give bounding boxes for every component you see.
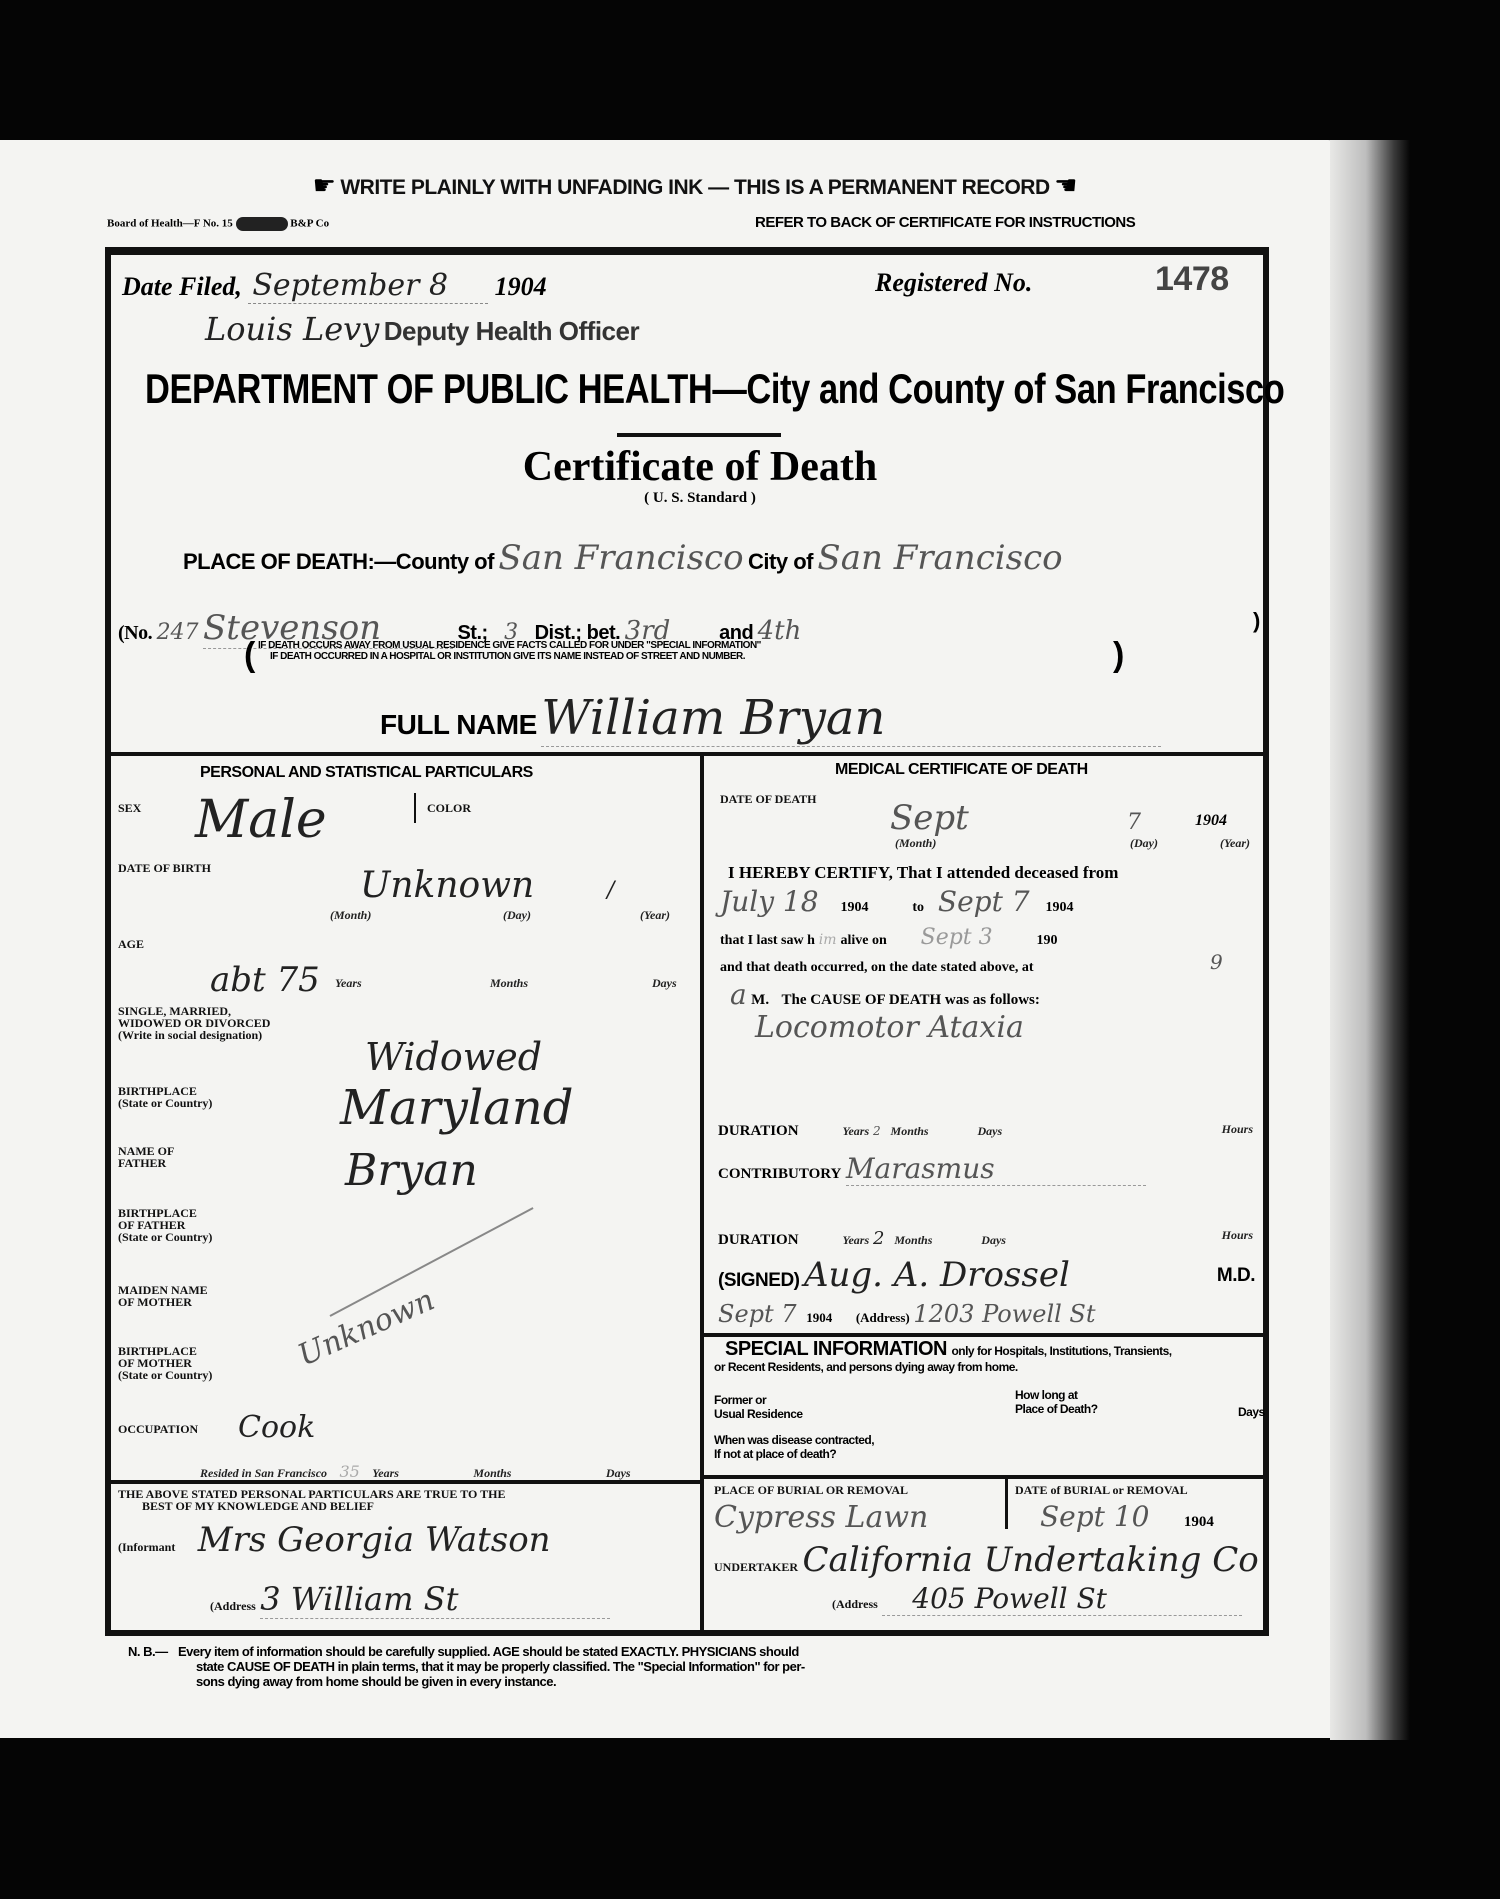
m-label: M. — [751, 992, 769, 1008]
informant-address-label: (Address — [210, 1599, 256, 1613]
title-divider — [617, 433, 781, 437]
burial-date-label: DATE of BURIAL or REMOVAL — [1015, 1484, 1188, 1496]
mother-birthplace-label: BIRTHPLACE OF MOTHER (State or Country) — [118, 1345, 212, 1381]
mother-label-line-2: OF MOTHER — [118, 1296, 208, 1308]
age-value: abt 75 — [210, 960, 320, 1000]
special-heading-row: SPECIAL INFORMATION only for Hospitals, … — [725, 1338, 1172, 1361]
informant-row: (Informant Mrs Georgia Watson — [118, 1520, 551, 1560]
special-note-2: or Recent Residents, and persons dying a… — [714, 1360, 1018, 1374]
residence-note: ( IF DEATH OCCURS AWAY FROM USUAL RESIDE… — [258, 640, 761, 662]
attended-to: Sept 7 — [938, 885, 1030, 918]
birthplace-value: Maryland — [340, 1080, 573, 1136]
duration-1-label: DURATION — [718, 1123, 799, 1139]
printer-text: B&P Co — [290, 218, 329, 230]
registered-number: 1478 — [1155, 260, 1229, 299]
bracket-left: ( — [244, 636, 255, 675]
special-heading: SPECIAL INFORMATION — [725, 1338, 947, 1360]
full-name-row: FULL NAME William Bryan — [380, 690, 1161, 747]
burial-place: Cypress Lawn — [714, 1500, 928, 1535]
age-years-label: Years — [335, 976, 362, 991]
informant-address: 3 William St — [260, 1580, 610, 1619]
age-label: AGE — [118, 938, 144, 950]
father-value: Bryan — [345, 1145, 478, 1196]
alive-on-label: alive on — [840, 933, 886, 948]
union-label-icon — [236, 217, 288, 231]
city-label: City of — [748, 549, 813, 574]
informant-statement: THE ABOVE STATED PERSONAL PARTICULARS AR… — [118, 1488, 505, 1512]
marital-label: SINGLE, MARRIED, WIDOWED OR DIVORCED (Wr… — [118, 1005, 270, 1041]
last-saw-label: that I last saw h — [720, 933, 815, 948]
certificate-title: Certificate of Death — [400, 443, 1000, 491]
duration-2-hours-label: Hours — [1222, 1228, 1253, 1243]
duration-1-years-label: Years — [842, 1124, 869, 1138]
occurred-text: and that death occurred, on the date sta… — [720, 960, 1034, 976]
close-paren: ) — [1253, 608, 1260, 634]
contributory-value: Marasmus — [846, 1152, 1146, 1186]
duration-2-months-label: Months — [894, 1233, 932, 1247]
personal-heading: PERSONAL AND STATISTICAL PARTICULARS — [200, 764, 533, 782]
nb-line-3: sons dying away from home should be give… — [128, 1674, 1188, 1689]
resided-years-value: 35 — [331, 1462, 367, 1481]
mother-label: MAIDEN NAME OF MOTHER — [118, 1284, 208, 1308]
dod-month-label: (Month) — [895, 836, 936, 851]
physician-address: 1203 Powell St — [913, 1300, 1095, 1328]
dob-day-label: (Day) — [503, 908, 531, 923]
color-divider — [414, 793, 416, 823]
county-value: San Francisco — [498, 538, 743, 578]
last-saw-row: that I last saw h im alive on Sept 3 190 — [720, 925, 1058, 950]
dod-year: 1904 — [1195, 812, 1227, 830]
date-filed-row: Date Filed, September 8 1904 — [122, 268, 547, 303]
certify-text: I HEREBY CERTIFY, That I attended deceas… — [728, 863, 1118, 883]
registered-row: Registered No. — [875, 268, 1032, 298]
father-birthplace-label: BIRTHPLACE OF FATHER (State or Country) — [118, 1207, 212, 1243]
dob-label: DATE OF BIRTH — [118, 862, 211, 874]
cause-row: a M. The CAUSE OF DEATH was as follows: — [730, 978, 1040, 1011]
undertaker-address-row: (Address 405 Powell St — [832, 1582, 1242, 1616]
md-label: M.D. — [1217, 1265, 1255, 1287]
attended-row: July 18 1904 to Sept 7 1904 — [720, 885, 1073, 918]
how-long-label-1: How long at — [1015, 1388, 1098, 1402]
duration-2-row: DURATION Years 2 Months Days Hours — [718, 1228, 1263, 1249]
attended-to-year: 1904 — [1045, 900, 1073, 915]
banner-text: WRITE PLAINLY WITH UNFADING INK — THIS I… — [340, 176, 1049, 199]
department-title: DEPARTMENT OF PUBLIC HEALTH—City and Cou… — [145, 365, 1047, 413]
informant-statement-line-2: BEST OF MY KNOWLEDGE AND BELIEF — [118, 1500, 505, 1512]
burial-date: Sept 10 — [1040, 1500, 1149, 1533]
occupation-value: Cook — [238, 1410, 315, 1445]
contributory-label: CONTRIBUTORY — [718, 1166, 841, 1182]
age-months-label: Months — [490, 976, 528, 991]
informant-address-row: (Address 3 William St — [210, 1580, 610, 1619]
dod-day-label: (Day) — [1130, 836, 1158, 851]
father-bp-line-3: (State or Country) — [118, 1231, 212, 1243]
resided-row: Resided in San Francisco 35 Years Months… — [200, 1462, 631, 1482]
header-banner: ☛ WRITE PLAINLY WITH UNFADING INK — THIS… — [160, 170, 1230, 201]
dod-label: DATE OF DEATH — [720, 793, 816, 805]
father-label: NAME OF FATHER — [118, 1145, 174, 1169]
special-divider — [704, 1333, 1266, 1337]
occupation-label: OCCUPATION — [118, 1423, 198, 1435]
duration-1-months-label: Months — [891, 1124, 929, 1138]
duration-2-label: DURATION — [718, 1232, 799, 1248]
note-line-1: IF DEATH OCCURS AWAY FROM USUAL RESIDENC… — [258, 640, 761, 651]
nb-line-2: state CAUSE OF DEATH in plain terms, tha… — [128, 1659, 1188, 1674]
dob-separator: / — [607, 878, 614, 903]
instructions-note: REFER TO BACK OF CERTIFICATE FOR INSTRUC… — [755, 214, 1135, 231]
attended-from: July 18 — [720, 885, 819, 918]
contracted-label-2: If not at place of death? — [714, 1447, 874, 1461]
burial-date-row: Sept 10 1904 — [1040, 1500, 1214, 1533]
form-id-text: Board of Health—F No. 15 — [107, 218, 233, 230]
resided-label: Resided in San Francisco — [200, 1466, 327, 1480]
cause-text: The CAUSE OF DEATH was as follows: — [782, 992, 1040, 1008]
last-saw-pronoun: im — [819, 932, 837, 948]
resided-days-label: Days — [606, 1466, 631, 1480]
how-long-label-2: Place of Death? — [1015, 1402, 1098, 1416]
time-hour: 9 — [1210, 950, 1223, 974]
officer-row: Louis Levy Deputy Health Officer — [205, 310, 639, 348]
registered-label: Registered No. — [875, 268, 1032, 297]
color-label: COLOR — [427, 802, 471, 814]
dob-value: Unknown — [360, 865, 534, 906]
attended-from-year: 1904 — [840, 900, 868, 915]
standard-label: ( U. S. Standard ) — [400, 490, 1000, 507]
paper-edge-shadow — [1330, 140, 1410, 1740]
birthplace-label-line-2: (State or Country) — [118, 1097, 212, 1109]
physician-address-label: (Address) — [856, 1310, 910, 1325]
undertaker-row: UNDERTAKER California Undertaking Co — [714, 1540, 1259, 1580]
place-of-death-label: PLACE OF DEATH:—County of — [183, 549, 494, 574]
full-name-label: FULL NAME — [380, 709, 537, 740]
nb-label: N. B.— — [128, 1644, 168, 1659]
cause-value: Locomotor Ataxia — [755, 1010, 1024, 1045]
signed-year: 1904 — [806, 1310, 832, 1325]
medical-heading: MEDICAL CERTIFICATE OF DEATH — [835, 761, 1088, 779]
age-days-label: Days — [652, 976, 677, 991]
pointing-hand-icon: ☛ — [313, 170, 336, 200]
dod-year-label: (Year) — [1220, 836, 1250, 851]
between-street-2: 4th — [758, 616, 838, 646]
how-long-label: How long at Place of Death? — [1015, 1388, 1098, 1416]
bracket-right: ) — [1113, 636, 1124, 675]
date-filed-year: 1904 — [495, 272, 547, 301]
birthplace-label: BIRTHPLACE (State or Country) — [118, 1085, 212, 1109]
former-residence-label: Former or Usual Residence — [714, 1393, 803, 1421]
dob-month-label: (Month) — [330, 908, 371, 923]
last-saw-year: 190 — [1037, 933, 1058, 948]
undertaker-value: California Undertaking Co — [802, 1540, 1258, 1580]
pointing-hand-left-icon: ☚ — [1054, 170, 1077, 200]
burial-column-divider — [1005, 1479, 1008, 1529]
informant-label: (Informant — [118, 1540, 175, 1554]
signed-date: Sept 7 — [718, 1300, 797, 1328]
signed-date-row: Sept 7 1904 (Address) 1203 Powell St — [718, 1300, 1096, 1328]
dob-year-label: (Year) — [640, 908, 670, 923]
special-note-1: only for Hospitals, Institutions, Transi… — [951, 1344, 1171, 1358]
place-of-death-row: PLACE OF DEATH:—County of San Francisco … — [183, 538, 1063, 578]
undertaker-address-label: (Address — [832, 1597, 878, 1611]
duration-1-years: 2 — [873, 1124, 881, 1138]
duration-1-hours-label: Hours — [1222, 1122, 1253, 1137]
informant-name: Mrs Georgia Watson — [198, 1520, 551, 1560]
duration-2-months: 2 — [873, 1228, 884, 1249]
footer-note: N. B.— Every item of information should … — [128, 1644, 1188, 1689]
date-filed-value: September 8 — [248, 268, 488, 304]
physician-signature: Aug. A. Drossel — [804, 1255, 1070, 1295]
informant-divider — [111, 1480, 701, 1484]
sex-label: SEX — [118, 802, 141, 814]
burial-year: 1904 — [1184, 1514, 1214, 1530]
officer-title: Deputy Health Officer — [384, 316, 639, 346]
no-label: (No. — [118, 622, 152, 644]
officer-signature: Louis Levy — [205, 310, 379, 348]
resided-years-label: Years — [372, 1466, 399, 1480]
duration-2-days-label: Days — [981, 1233, 1006, 1247]
to-label: to — [912, 900, 924, 915]
section-top-divider — [111, 752, 1266, 756]
burial-divider — [704, 1475, 1266, 1479]
sex-value: Male — [195, 790, 327, 850]
how-long-days-label: Days — [1238, 1405, 1265, 1419]
duration-2-years-label: Years — [842, 1233, 869, 1247]
signed-row: (SIGNED) Aug. A. Drossel M.D. — [718, 1255, 1263, 1295]
contracted-label: When was disease contracted, If not at p… — [714, 1433, 874, 1461]
form-id: Board of Health—F No. 15 B&P Co — [107, 217, 329, 231]
undertaker-address: 405 Powell St — [882, 1582, 1242, 1616]
father-label-line-2: FATHER — [118, 1157, 174, 1169]
resided-months-label: Months — [473, 1466, 511, 1480]
street-number: 247 — [157, 620, 199, 645]
duration-1-days-label: Days — [977, 1124, 1002, 1138]
dod-month: Sept — [890, 798, 969, 838]
marital-label-line-3: (Write in social designation) — [118, 1029, 270, 1041]
former-label-1: Former or — [714, 1393, 803, 1407]
signed-label: (SIGNED) — [718, 1270, 800, 1291]
nb-line-1: Every item of information should be care… — [128, 1644, 1188, 1659]
undertaker-label: UNDERTAKER — [714, 1560, 798, 1574]
dod-day: 7 — [1127, 810, 1141, 835]
marital-value: Widowed — [365, 1035, 542, 1079]
full-name-value: William Bryan — [541, 690, 1161, 747]
city-value: San Francisco — [817, 538, 1062, 578]
contributory-row: CONTRIBUTORY Marasmus — [718, 1152, 1146, 1186]
time-ampm: a — [730, 978, 747, 1011]
note-line-2: IF DEATH OCCURRED IN A HOSPITAL OR INSTI… — [258, 651, 761, 662]
contracted-label-1: When was disease contracted, — [714, 1433, 874, 1447]
column-divider — [700, 756, 704, 1634]
former-label-2: Usual Residence — [714, 1407, 803, 1421]
mother-bp-line-3: (State or Country) — [118, 1369, 212, 1381]
duration-1-row: DURATION Years 2 Months Days Hours — [718, 1122, 1263, 1140]
date-filed-label: Date Filed, — [122, 272, 242, 301]
last-saw-date: Sept 3 — [921, 925, 993, 950]
burial-place-label: PLACE OF BURIAL OR REMOVAL — [714, 1484, 908, 1496]
